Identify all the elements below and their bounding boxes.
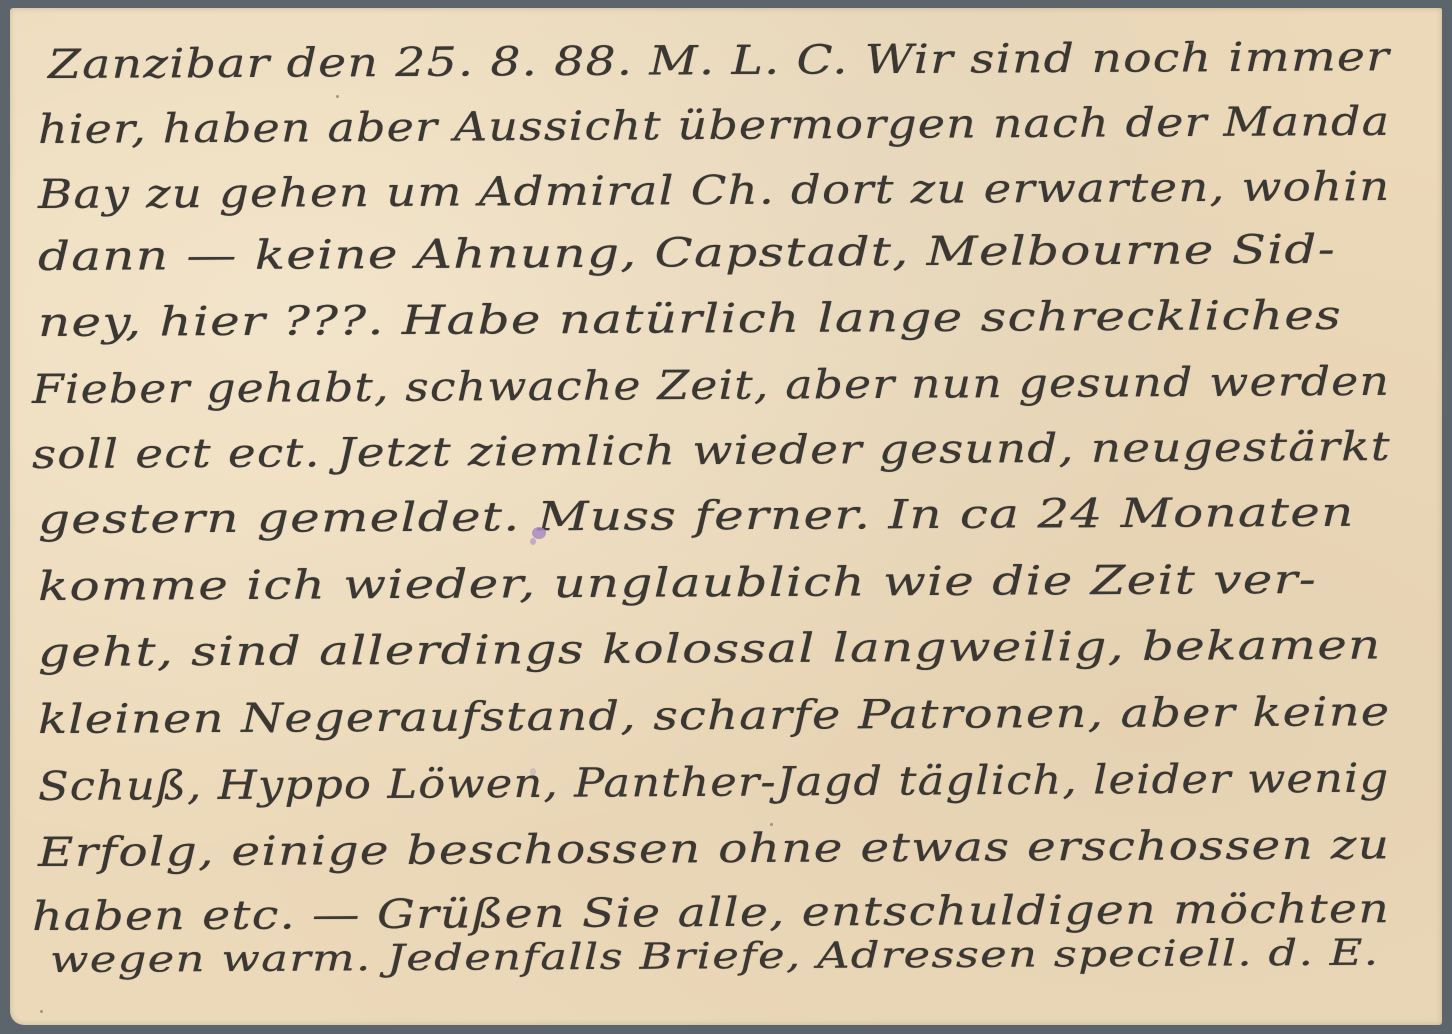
handwritten-line: haben etc. — Grüßen Sie alle, entschuldi… xyxy=(32,886,1390,940)
paper-speck xyxy=(336,95,339,98)
handwritten-line: geht, sind allerdings kolossal langweili… xyxy=(38,622,1382,676)
handwritten-line: kleinen Negeraufstand, scharfe Patronen,… xyxy=(38,689,1391,743)
handwritten-line: soll ect ect. Jetzt ziemlich wieder gesu… xyxy=(32,424,1391,478)
handwritten-line: hier, haben aber Aussicht übermorgen nac… xyxy=(38,99,1391,153)
handwritten-line: Schuß, Hyppo Löwen, Panther-Jagd täglich… xyxy=(38,756,1390,810)
violet-ink-spot-faint xyxy=(530,768,536,775)
handwritten-line: wegen warm. Jedenfalls Briefe, Adressen … xyxy=(50,932,1380,980)
paper-speck xyxy=(1190,42,1193,45)
handwritten-line: Fieber gehabt, schwache Zeit, aber nun g… xyxy=(32,359,1390,413)
handwritten-line: dann — keine Ahnung, Capstadt, Melbourne… xyxy=(38,227,1336,280)
postcard: Zanzibar den 25. 8. 88. M. L. C. Wir sin… xyxy=(10,8,1442,1025)
handwritten-line: ney, hier ???. Habe natürlich lange schr… xyxy=(38,293,1342,346)
handwritten-line: Erfolg, einige beschossen ohne etwas ers… xyxy=(38,822,1391,876)
handwritten-line: Bay zu gehen um Admiral Ch. dort zu erwa… xyxy=(38,164,1391,218)
handwritten-line: Zanzibar den 25. 8. 88. M. L. C. Wir sin… xyxy=(48,34,1390,88)
paper-speck xyxy=(770,823,773,826)
handwritten-line: gestern gemeldet. Muss ferner. In ca 24 … xyxy=(38,490,1355,543)
violet-ink-spot-small xyxy=(530,538,536,545)
paper-speck xyxy=(40,1010,43,1013)
violet-ink-spot xyxy=(532,527,546,539)
handwritten-line: komme ich wieder, unglaublich wie die Ze… xyxy=(38,557,1317,610)
